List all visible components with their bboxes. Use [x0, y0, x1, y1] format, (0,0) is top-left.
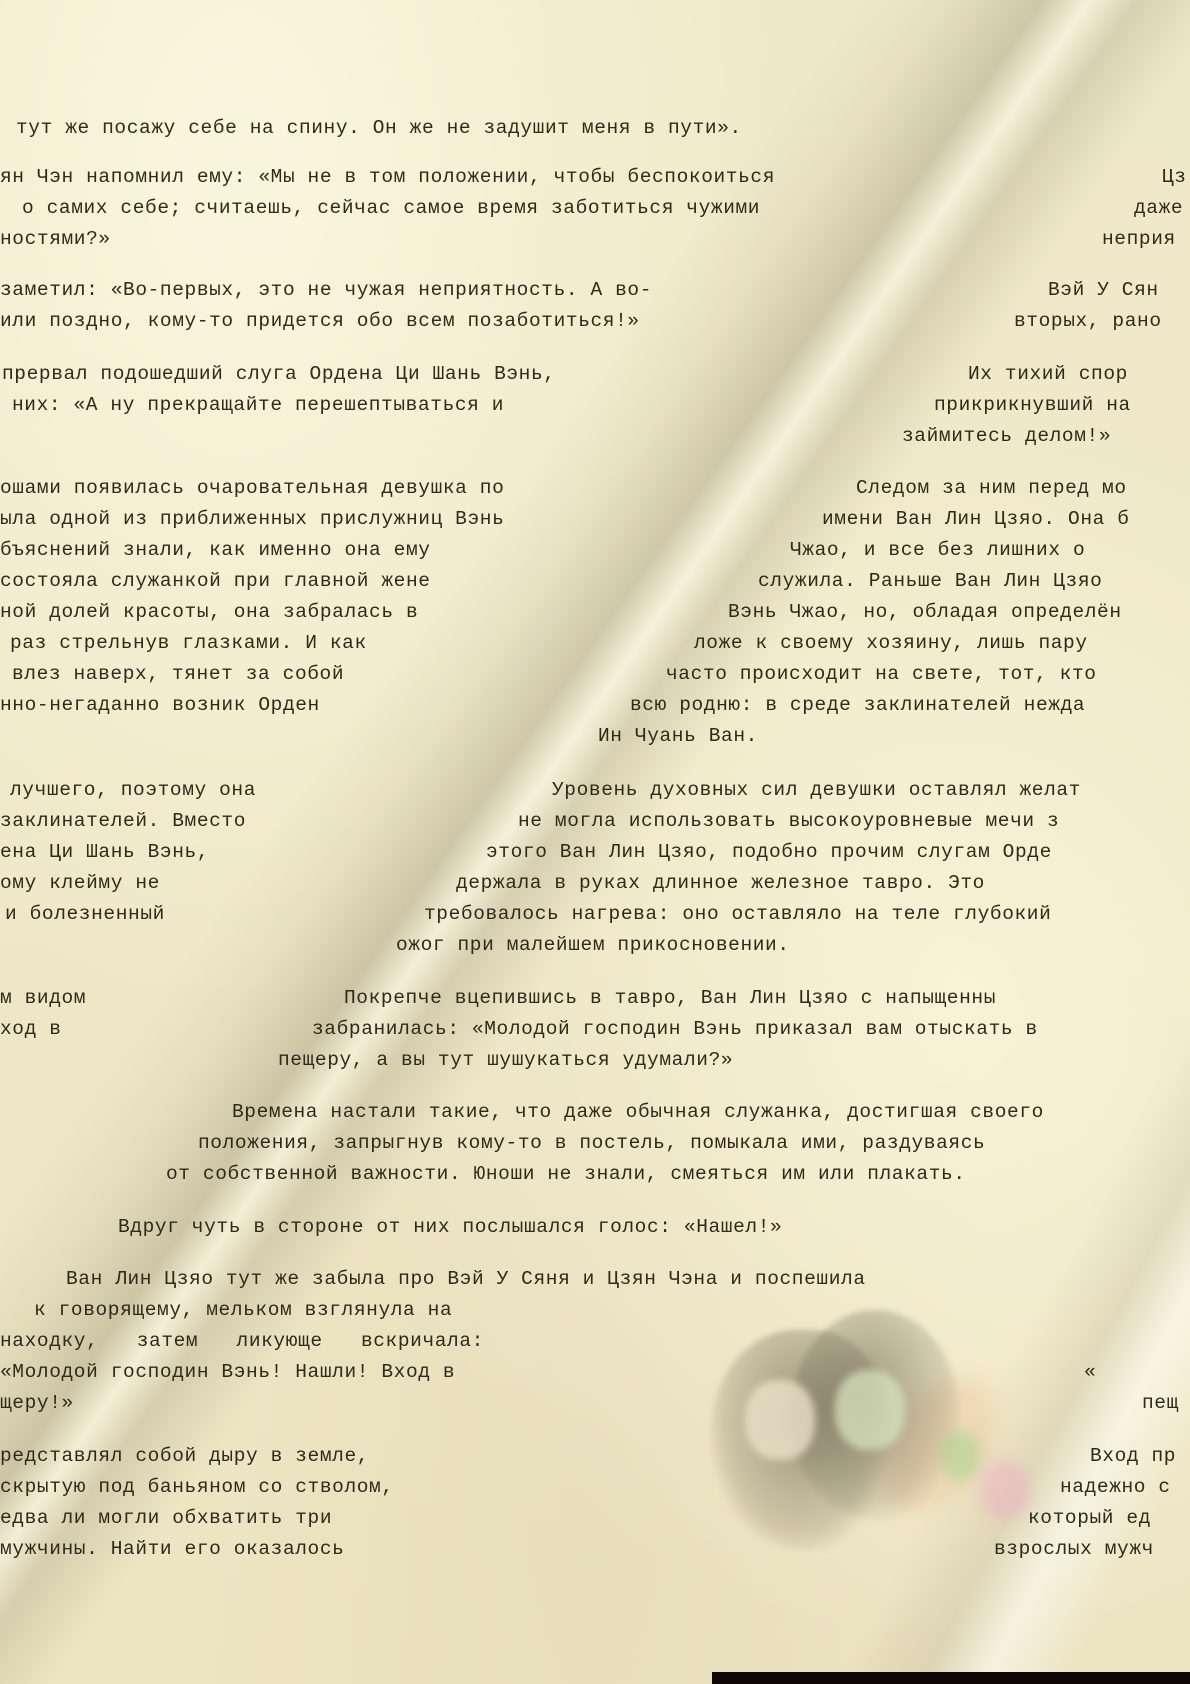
- text-line: Ин Чуань Ван.: [598, 724, 758, 748]
- text-line: ностями?»: [0, 227, 111, 251]
- text-line: заметил: «Во-первых, это не чужая неприя…: [0, 278, 652, 302]
- text-line: займитесь делом!»: [902, 424, 1111, 448]
- text-line: и болезненный: [5, 902, 165, 926]
- text-line: этого Ван Лин Цзяо, подобно прочим слуга…: [486, 840, 1052, 864]
- text-line: вторых, рано: [1014, 309, 1162, 333]
- text-line: нно-негаданно возник Орден: [0, 693, 320, 717]
- text-line: Цз: [1162, 165, 1187, 189]
- text-line: м видом: [0, 986, 86, 1010]
- text-line: Чжао, и все без лишних о: [790, 538, 1085, 562]
- text-line: скрытую под баньяном со стволом,: [0, 1475, 394, 1499]
- text-line: который ед: [1028, 1506, 1151, 1530]
- text-line: забранилась: «Молодой господин Вэнь прик…: [312, 1017, 1038, 1041]
- text-line: щеру!»: [0, 1391, 74, 1415]
- text-line: Уровень духовных сил девушки оставлял же…: [552, 778, 1081, 802]
- text-line: мужчины. Найти его оказалось: [0, 1537, 344, 1561]
- text-line: Покрепче вцепившись в тавро, Ван Лин Цзя…: [344, 986, 996, 1010]
- text-line: пещеру, а вы тут шушукаться удумали?»: [278, 1048, 733, 1072]
- text-line: всю родню: в среде заклинателей нежда: [630, 693, 1085, 717]
- text-line: ход в: [0, 1017, 62, 1041]
- text-line: редставлял собой дыру в земле,: [0, 1444, 369, 1468]
- text-line: неприя: [1102, 227, 1176, 251]
- text-line: прикрикнувший на: [934, 393, 1131, 417]
- text-line: заклинателей. Вместо: [0, 809, 246, 833]
- text-line: не могла использовать высокоуровневые ме…: [518, 809, 1059, 833]
- text-line: Вдруг чуть в стороне от них послышался г…: [118, 1215, 782, 1239]
- text-line: ной долей красоты, она забралась в: [0, 600, 418, 624]
- text-line: ому клейму не: [0, 871, 160, 895]
- text-line: них: «А ну прекращайте перешептываться и: [12, 393, 504, 417]
- text-line: «: [1084, 1360, 1096, 1384]
- text-line: прервал подошедший слуга Ордена Ци Шань …: [2, 362, 556, 386]
- text-line: служила. Раньше Ван Лин Цзяо: [758, 569, 1102, 593]
- text-line: часто происходит на свете, тот, кто: [666, 662, 1097, 686]
- text-line: ена Ци Шань Вэнь,: [0, 840, 209, 864]
- text-line: Их тихий спор: [968, 362, 1128, 386]
- text-line: взрослых мужч: [994, 1537, 1154, 1561]
- text-line: к говорящему, мельком взглянула на: [34, 1298, 452, 1322]
- text-line: или поздно, кому-то придется обо всем по…: [0, 309, 640, 333]
- text-line: ожог при малейшем прикосновении.: [396, 933, 790, 957]
- text-line: едва ли могли обхватить три: [0, 1506, 332, 1530]
- text-line: тут же посажу себе на спину. Он же не за…: [16, 116, 742, 140]
- text-line: от собственной важности. Юноши не знали,…: [166, 1162, 966, 1186]
- text-line: Времена настали такие, что даже обычная …: [232, 1100, 1044, 1124]
- text-line: находку, затем ликующе вскричала:: [0, 1329, 484, 1353]
- text-line: ложе к своему хозяину, лишь пару: [694, 631, 1088, 655]
- text-line: влез наверх, тянет за собой: [12, 662, 344, 686]
- text-line: Ван Лин Цзяо тут же забыла про Вэй У Сян…: [66, 1267, 866, 1291]
- text-line: Вэнь Чжао, но, обладая определён: [728, 600, 1122, 624]
- text-line: требовалось нагрева: оно оставляло на те…: [424, 902, 1051, 926]
- text-line: бъяснений знали, как именно она ему: [0, 538, 431, 562]
- text-line: состояла служанкой при главной жене: [0, 569, 431, 593]
- text-line: Вэй У Сян: [1048, 278, 1159, 302]
- text-line: надежно с: [1060, 1475, 1171, 1499]
- text-line: Следом за ним перед мо: [856, 476, 1127, 500]
- text-line: ян Чэн напомнил ему: «Мы не в том положе…: [0, 165, 775, 189]
- text-line: ошами появилась очаровательная девушка п…: [0, 476, 504, 500]
- text-line: имени Ван Лин Цзяо. Она б: [822, 507, 1130, 531]
- text-line: ыла одной из приближенных прислужниц Вэн…: [0, 507, 504, 531]
- text-line: «Молодой господин Вэнь! Нашли! Вход в: [0, 1360, 455, 1384]
- text-line: Вход пр: [1090, 1444, 1176, 1468]
- scan-edge-bar: [712, 1672, 1190, 1684]
- text-line: даже: [1134, 196, 1183, 220]
- text-line: лучшего, поэтому она: [10, 778, 256, 802]
- text-line: о самих себе; считаешь, сейчас самое вре…: [22, 196, 760, 220]
- text-line: держала в руках длинное железное тавро. …: [456, 871, 985, 895]
- text-line: пещ: [1142, 1391, 1179, 1415]
- text-line: раз стрельнув глазками. И как: [10, 631, 367, 655]
- text-line: положения, запрыгнув кому-то в постель, …: [198, 1131, 985, 1155]
